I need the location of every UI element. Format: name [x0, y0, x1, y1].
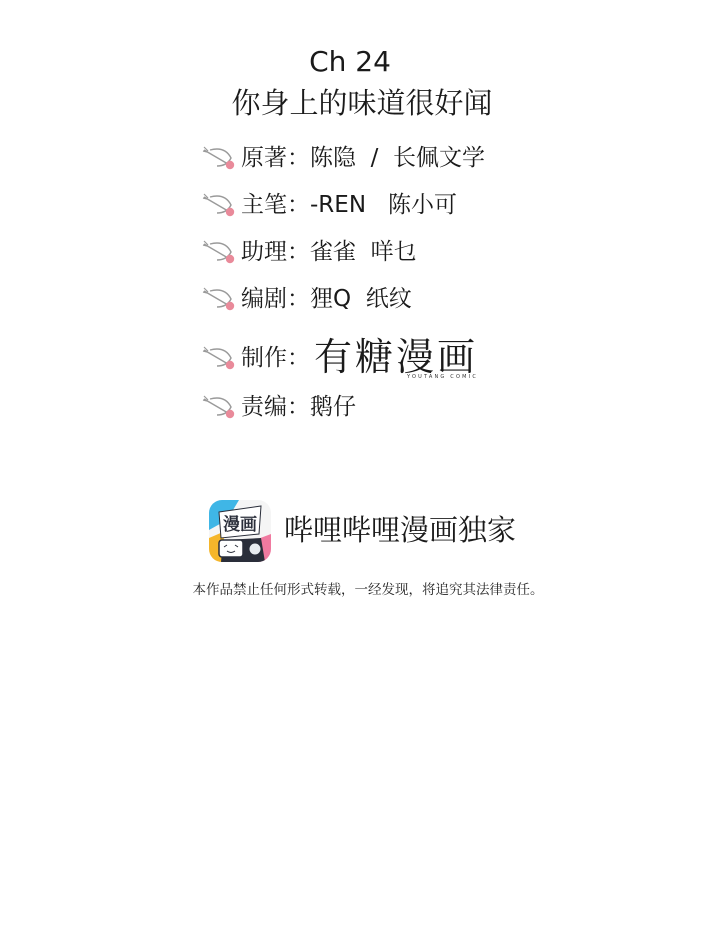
credit-value: 狸Q 纸纹: [310, 284, 412, 314]
youtang-logo-text: 有糖漫画: [314, 336, 478, 378]
credit-editor: 责编： 鹅仔: [201, 391, 356, 423]
credit-label: 主笔：: [241, 190, 310, 220]
credit-lead-artist: 主笔： -REN 陈小可: [201, 189, 457, 221]
youtang-comic-logo: 有糖漫画 YOUTANG COMIC: [314, 336, 478, 380]
credit-value: 鹅仔: [310, 392, 356, 422]
credit-label: 助理：: [241, 237, 310, 267]
credit-screenwriter: 编剧： 狸Q 纸纹: [201, 283, 412, 315]
svg-text:漫画: 漫画: [223, 514, 257, 535]
cupid-bow-icon: [201, 238, 237, 266]
copyright-notice: 本作品禁止任何形式转载，一经发现，将追究其法律责任。: [0, 580, 720, 600]
credit-value: 雀雀 咩乜: [310, 237, 417, 267]
credit-label: 制作：: [241, 343, 310, 373]
credit-value: 陈隐 / 长佩文学: [310, 143, 485, 173]
credit-production: 制作： 有糖漫画 YOUTANG COMIC: [201, 334, 478, 382]
cupid-bow-icon: [201, 344, 237, 372]
cupid-bow-icon: [201, 191, 237, 219]
bilibili-comics-app-icon: 漫画: [209, 500, 271, 562]
chapter-number: Ch 24: [0, 44, 700, 80]
cupid-bow-icon: [201, 285, 237, 313]
credit-value: -REN 陈小可: [310, 190, 457, 220]
credit-assistant: 助理： 雀雀 咩乜: [201, 236, 417, 268]
credit-label: 原著：: [241, 143, 310, 173]
credit-label: 编剧：: [241, 284, 310, 314]
chapter-title: 你身上的味道很好闻: [0, 84, 720, 122]
youtang-logo-subtext: YOUTANG COMIC: [407, 374, 478, 380]
cupid-bow-icon: [201, 144, 237, 172]
exclusive-platform-text: 哔哩哔哩漫画独家: [284, 510, 516, 550]
credit-original-author: 原著： 陈隐 / 长佩文学: [201, 142, 485, 174]
credit-label: 责编：: [241, 392, 310, 422]
cupid-bow-icon: [201, 393, 237, 421]
